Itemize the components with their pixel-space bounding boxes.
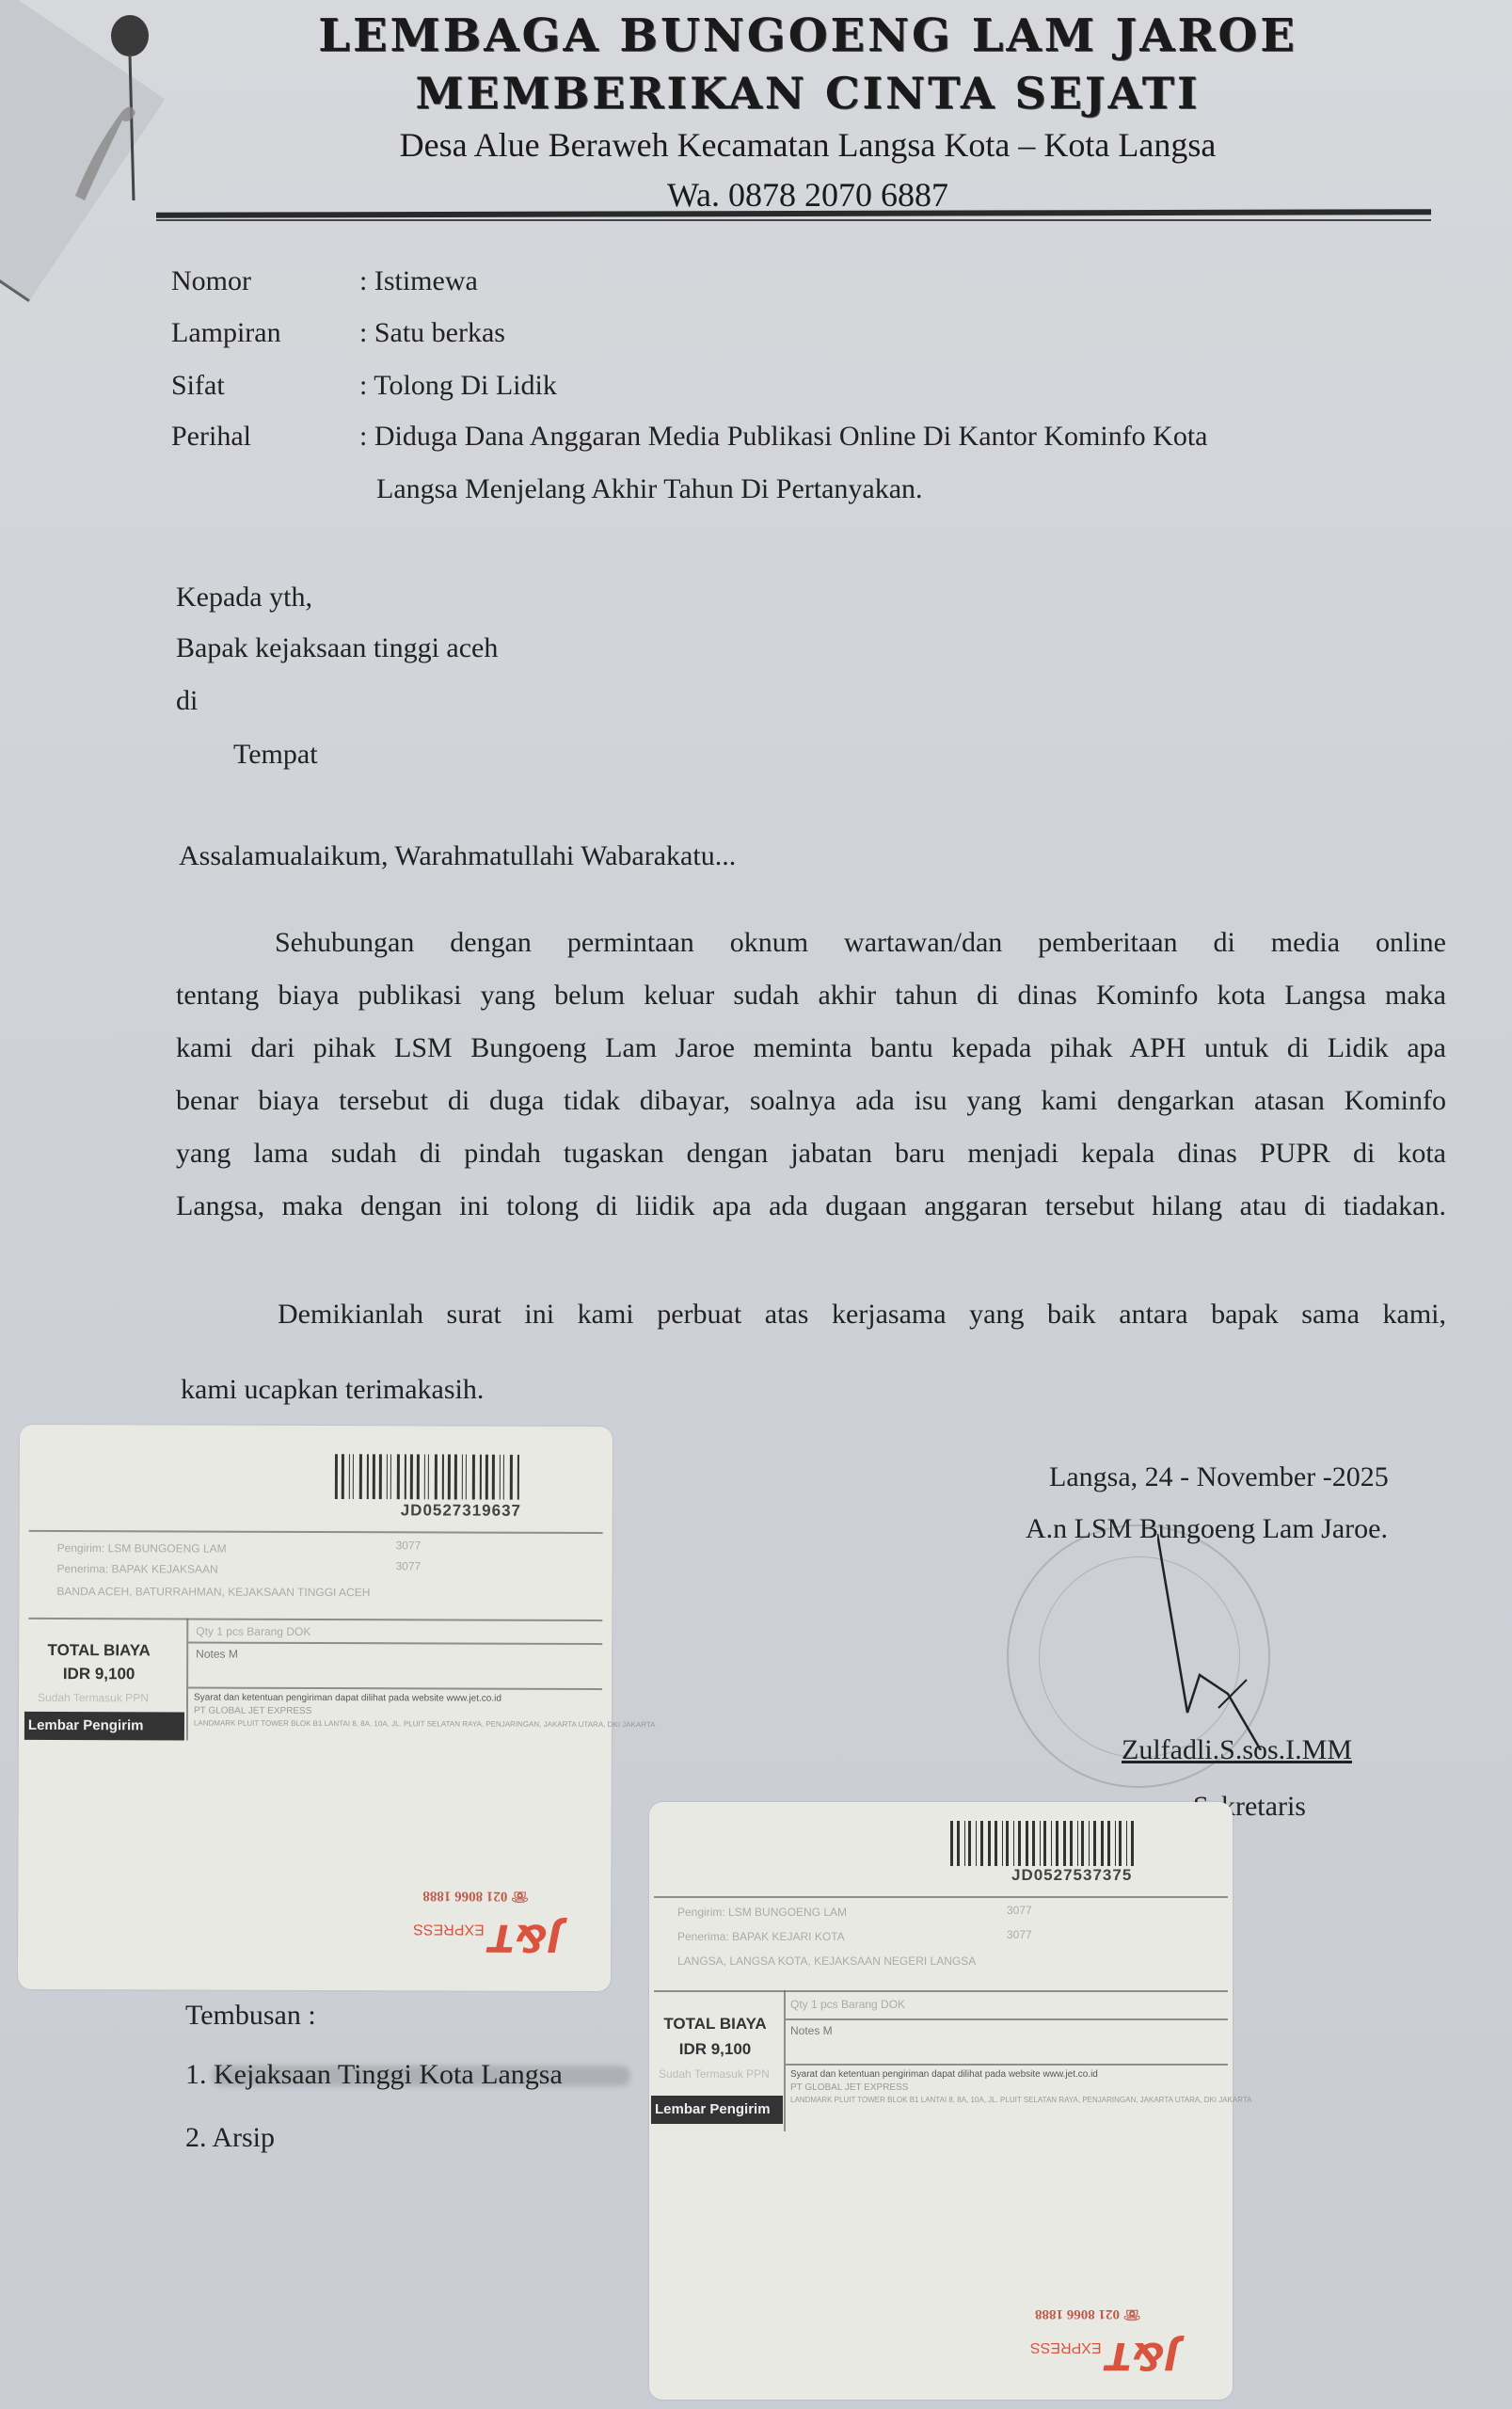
qty: Qty 1 pcs Barang DOK bbox=[196, 1625, 310, 1638]
qty: Qty 1 pcs Barang DOK bbox=[790, 1998, 905, 2011]
hotline-number: 021 8066 1888 bbox=[1035, 2306, 1120, 2321]
company-address: LANDMARK PLUIT TOWER BLOK B1 LANTAI 8, 8… bbox=[790, 2096, 1252, 2104]
jt-express-logo: J&T EXPRESS bbox=[1030, 2334, 1178, 2377]
sender: Pengirim: LSM BUNGOENG LAM bbox=[677, 1906, 847, 1919]
divider bbox=[188, 1642, 602, 1646]
recipient-line: Tempat bbox=[233, 739, 318, 771]
shipping-label: JD0527319637 Pengirim: LSM BUNGOENG LAM … bbox=[18, 1425, 613, 1991]
divider bbox=[786, 2064, 1228, 2066]
total-label: TOTAL BIAYA bbox=[645, 2015, 786, 2034]
brand: J&T bbox=[488, 1916, 561, 1959]
tax-note: Sudah Termasuk PPN bbox=[659, 2067, 770, 2081]
meta-value: Langsa Menjelang Akhir Tahun Di Pertanya… bbox=[376, 472, 923, 506]
signer-name: Zulfadli.S.sos.I.MM bbox=[1122, 1734, 1352, 1766]
meta-value: : Diduga Dana Anggaran Media Publikasi O… bbox=[359, 420, 1208, 454]
divider bbox=[28, 1618, 602, 1621]
greeting: Assalamualaikum, Warahmatullahi Wabaraka… bbox=[179, 840, 736, 872]
body-line: Demikianlah surat ini kami perbuat atas … bbox=[176, 1299, 1446, 1331]
divider bbox=[654, 1896, 1228, 1898]
meta-label: Nomor bbox=[171, 264, 251, 298]
shipping-label: JD0527537375 Pengirim: LSM BUNGOENG LAM … bbox=[649, 1802, 1233, 2400]
sender: Pengirim: LSM BUNGOENG LAM bbox=[57, 1541, 227, 1555]
sender-phone: 3077 bbox=[1007, 1904, 1032, 1917]
receiver-address: BANDA ACEH, BATURRAHMAN, KEJAKSAAN TINGG… bbox=[56, 1585, 370, 1599]
org-name-line1: LEMBAGA BUNGOENG LAM JAROE bbox=[0, 9, 1512, 62]
company: PT GLOBAL JET EXPRESS bbox=[790, 2082, 908, 2093]
body-line: Sehubungan dengan permintaan oknum warta… bbox=[176, 927, 1446, 959]
meta-label: Sifat bbox=[171, 369, 225, 403]
handwritten-signature bbox=[1157, 1534, 1308, 1750]
jt-express-logo: J&T EXPRESS bbox=[413, 1915, 561, 1959]
recipient-line: Kepada yth, bbox=[176, 582, 312, 614]
divider bbox=[186, 1619, 188, 1741]
total-label: TOTAL BIAYA bbox=[28, 1641, 169, 1661]
company-address: LANDMARK PLUIT TOWER BLOK B1 LANTAI 8, 8… bbox=[194, 1719, 656, 1730]
body-line: Langsa, maka dengan ini tolong di liidik… bbox=[176, 1190, 1446, 1222]
tax-note: Sudah Termasuk PPN bbox=[38, 1691, 149, 1704]
company: PT GLOBAL JET EXPRESS bbox=[194, 1706, 311, 1716]
copy-label: Lembar Pengirim bbox=[24, 1712, 184, 1741]
brand-sub: EXPRESS bbox=[1030, 2339, 1102, 2355]
body-line: tentang biaya publikasi yang belum kelua… bbox=[176, 980, 1446, 1012]
notes: Notes M bbox=[790, 2024, 833, 2037]
header-divider-thin bbox=[156, 219, 1431, 221]
body-line: yang lama sudah di pindah tugaskan denga… bbox=[176, 1138, 1446, 1170]
recipient-line: di bbox=[176, 685, 198, 717]
divider bbox=[188, 1687, 602, 1691]
tembusan-item: 1. Kejaksaan Tinggi Kota Langsa bbox=[185, 2059, 563, 2091]
total-value: IDR 9,100 bbox=[28, 1665, 169, 1684]
barcode bbox=[335, 1454, 589, 1500]
tembusan-heading: Tembusan : bbox=[185, 2000, 316, 2032]
body-line: benar biaya tersebut di duga tidak dibay… bbox=[176, 1085, 1446, 1117]
receiver-phone: 3077 bbox=[1007, 1928, 1032, 1941]
letter-page: LEMBAGA BUNGOENG LAM JAROE MEMBERIKAN CI… bbox=[0, 0, 1512, 2409]
receiver-address: LANGSA, LANGSA KOTA, KEJAKSAAN NEGERI LA… bbox=[677, 1954, 976, 1968]
tracking-number: JD0527537375 bbox=[1011, 1866, 1132, 1885]
meta-label: Lampiran bbox=[171, 316, 281, 350]
meta-value: : Satu berkas bbox=[359, 316, 505, 350]
meta-value: : Istimewa bbox=[359, 264, 478, 298]
brand: J&T bbox=[1106, 2334, 1178, 2377]
body-line: kami dari pihak LSM Bungoeng Lam Jaroe m… bbox=[176, 1032, 1446, 1064]
recipient-line: Bapak kejaksaan tinggi aceh bbox=[176, 632, 498, 664]
sender-phone: 3077 bbox=[396, 1539, 422, 1552]
org-address: Desa Alue Beraweh Kecamatan Langsa Kota … bbox=[0, 125, 1512, 165]
receiver: Penerima: BAPAK KEJAKSAAN bbox=[56, 1562, 217, 1576]
meta-value: : Tolong Di Lidik bbox=[359, 369, 557, 403]
body-line: kami ucapkan terimakasih. bbox=[181, 1374, 484, 1406]
hotline: ☏ 021 8066 1888 bbox=[1035, 2305, 1141, 2323]
terms: Syarat dan ketentuan pengiriman dapat di… bbox=[790, 2069, 1098, 2080]
divider bbox=[786, 2018, 1228, 2020]
org-name-line2: MEMBERIKAN CINTA SEJATI bbox=[0, 68, 1512, 119]
divider bbox=[784, 1990, 786, 2131]
tracking-number: JD0527319637 bbox=[401, 1501, 521, 1520]
tembusan-item: 2. Arsip bbox=[185, 2122, 275, 2154]
receiver-phone: 3077 bbox=[396, 1559, 422, 1572]
terms: Syarat dan ketentuan pengiriman dapat di… bbox=[194, 1693, 501, 1704]
copy-label: Lembar Pengirim bbox=[651, 2096, 783, 2124]
meta-label: Perihal bbox=[171, 420, 251, 454]
place-date: Langsa, 24 - November -2025 bbox=[1049, 1461, 1389, 1493]
barcode bbox=[950, 1821, 1204, 1866]
hotline: ☏ 021 8066 1888 bbox=[422, 1887, 529, 1905]
receiver: Penerima: BAPAK KEJARI KOTA bbox=[677, 1930, 845, 1943]
divider bbox=[654, 1990, 1228, 1992]
divider bbox=[29, 1530, 603, 1534]
total-value: IDR 9,100 bbox=[645, 2040, 786, 2059]
hotline-number: 021 8066 1888 bbox=[422, 1888, 507, 1903]
notes: Notes M bbox=[196, 1648, 238, 1661]
brand-sub: EXPRESS bbox=[413, 1921, 485, 1937]
